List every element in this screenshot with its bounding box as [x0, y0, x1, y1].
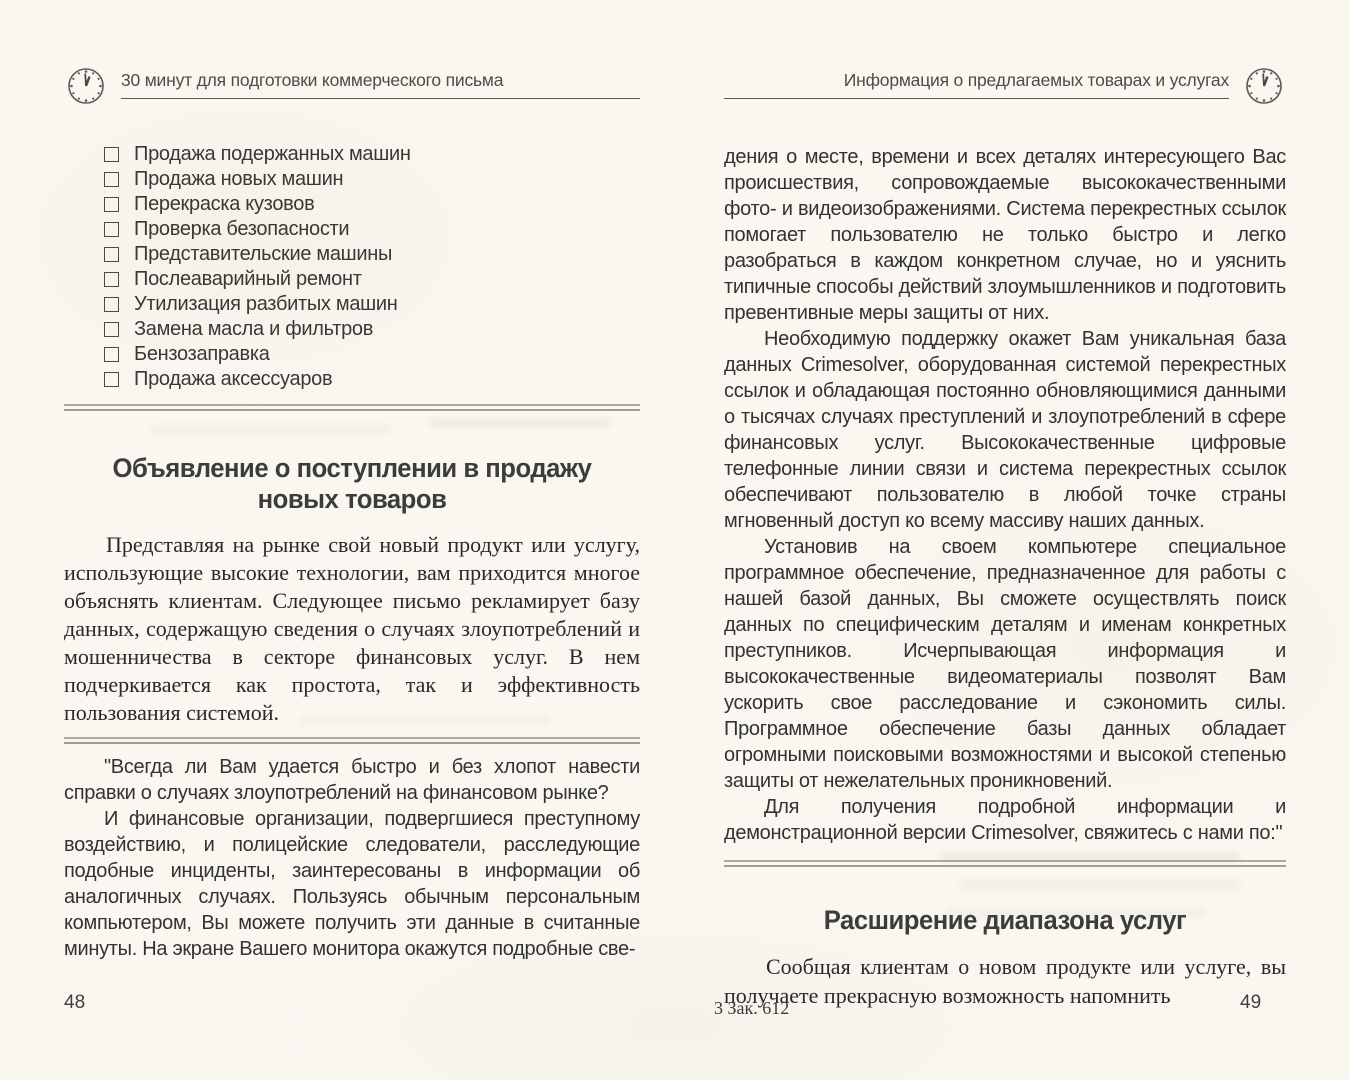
book-page-right: Информация о предлагаемых товарах и услу…: [724, 64, 1286, 1010]
checkbox-icon: [104, 272, 119, 287]
book-page-left: 30 минут для подготовки коммерческого пи…: [64, 64, 640, 962]
sample-letter-text: дения о месте, времени и всех деталях ин…: [724, 144, 1286, 846]
clock-icon: [1242, 64, 1286, 108]
list-item: Послеаварийный ремонт: [104, 267, 640, 292]
checklist-item-label: Продажа новых машин: [134, 168, 343, 191]
list-item: Продажа новых машин: [104, 167, 640, 192]
list-item: Представительские машины: [104, 242, 640, 267]
checkbox-icon: [104, 372, 119, 387]
bleed-through-artifact: [150, 425, 390, 434]
list-item: Проверка безопасности: [104, 217, 640, 242]
checkbox-icon: [104, 147, 119, 162]
running-head-title: Информация о предлагаемых товарах и услу…: [844, 70, 1229, 90]
services-checklist: Продажа подержанных машин Продажа новых …: [64, 142, 640, 392]
list-item: Утилизация разбитых машин: [104, 292, 640, 317]
checklist-item-label: Продажа подержанных машин: [134, 143, 411, 166]
checklist-item-label: Бензозаправка: [134, 343, 270, 366]
checkbox-icon: [104, 297, 119, 312]
letter-paragraph: дения о месте, времени и всех деталях ин…: [724, 144, 1286, 326]
letter-paragraph: И финансовые организации, подвергшиеся п…: [64, 806, 640, 962]
sample-letter-text: "Всегда ли Вам удается быстро и без хлоп…: [64, 754, 640, 962]
clock-icon: [64, 64, 108, 108]
checklist-item-label: Утилизация разбитых машин: [134, 293, 398, 316]
intro-paragraph: Представляя на рынке свой новый продукт …: [64, 531, 640, 727]
list-item: Бензозаправка: [104, 342, 640, 367]
checkbox-icon: [104, 247, 119, 262]
checklist-item-label: Перекраска кузовов: [134, 193, 314, 216]
print-signature: 3 Зак. 612: [714, 998, 789, 1019]
page-number-left: 48: [64, 992, 85, 1014]
outro-paragraph: Сообщая клиентам о новом продукте или ус…: [724, 952, 1286, 1010]
section-title: Объявление о поступлении в продажу новых…: [78, 453, 625, 515]
bleed-through-artifact: [945, 908, 1205, 918]
list-item: Продажа аксессуаров: [104, 367, 640, 392]
section-divider: [64, 737, 640, 744]
bleed-through-artifact: [300, 716, 550, 725]
letter-paragraph: Установив на своем компьютере специально…: [724, 534, 1286, 794]
running-head-left: 30 минут для подготовки коммерческого пи…: [64, 64, 640, 108]
page-number-right: 49: [1240, 992, 1261, 1014]
checklist-item-label: Представительские машины: [134, 243, 392, 266]
checkbox-icon: [104, 222, 119, 237]
checklist-item-label: Замена масла и фильтров: [134, 318, 373, 341]
list-item: Продажа подержанных машин: [104, 142, 640, 167]
list-item: Перекраска кузовов: [104, 192, 640, 217]
checklist-item-label: Продажа аксессуаров: [134, 368, 332, 391]
checkbox-icon: [104, 197, 119, 212]
bleed-through-artifact: [940, 852, 1240, 862]
checkbox-icon: [104, 172, 119, 187]
checkbox-icon: [104, 322, 119, 337]
running-head-title: 30 минут для подготовки коммерческого пи…: [121, 70, 503, 90]
list-item: Замена масла и фильтров: [104, 317, 640, 342]
checklist-item-label: Послеаварийный ремонт: [134, 268, 362, 291]
section-divider: [64, 404, 640, 411]
letter-paragraph: "Всегда ли Вам удается быстро и без хлоп…: [64, 754, 640, 806]
running-head-right: Информация о предлагаемых товарах и услу…: [724, 64, 1286, 108]
letter-paragraph: Для получения подробной информации и дем…: [724, 794, 1286, 846]
bleed-through-artifact: [430, 418, 610, 428]
checkbox-icon: [104, 347, 119, 362]
letter-paragraph: Необходимую поддержку окажет Вам уникаль…: [724, 326, 1286, 534]
bleed-through-artifact: [960, 880, 1240, 890]
checklist-item-label: Проверка безопасности: [134, 218, 349, 241]
